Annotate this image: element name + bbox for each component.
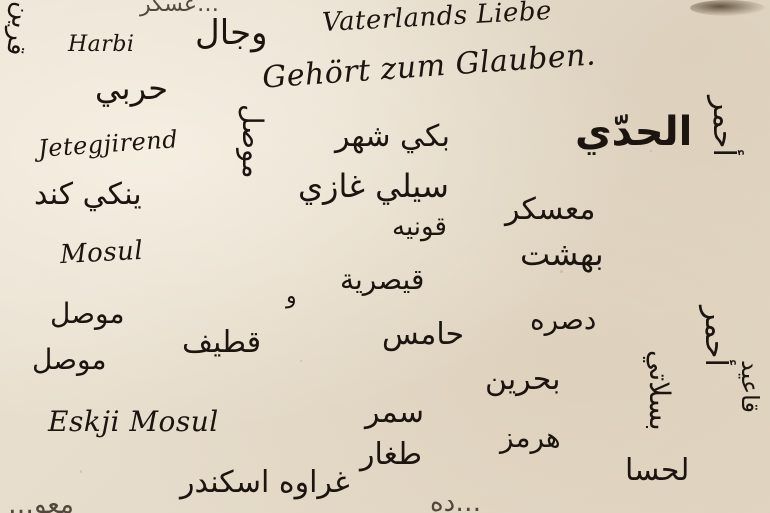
- german-vaterlands-liebe: Vaterlands Liebe: [321, 0, 552, 36]
- arabic-bottom-left-fragment: معو…: [8, 492, 74, 513]
- german-harbi: Harbi: [68, 34, 134, 56]
- german-eskji-mosul: Eskji Mosul: [48, 408, 219, 436]
- arabic-samar: سمر: [365, 398, 424, 428]
- arabic-mosul-2: موصل: [32, 346, 106, 374]
- arabic-ahmar-right: أحمر: [708, 96, 738, 157]
- paper-speck: [80, 470, 82, 473]
- arabic-muskar: معسكر: [505, 195, 595, 225]
- arabic-wajal: وجال: [195, 16, 268, 50]
- manuscript-page: …عسكر Vaterlands Liebe وجال Harbi Gehört…: [0, 0, 770, 513]
- paper-speck: [300, 360, 302, 362]
- arabic-bilal-vertical: بسلاتي: [645, 350, 673, 431]
- arabic-qatif: قطيف: [182, 328, 261, 358]
- arabic-mosul-1: موصل: [50, 300, 124, 328]
- arabic-qarawa-iskandar: غراوه اسكندر: [180, 468, 350, 498]
- arabic-sili-ghazi: سيلي غازي: [298, 170, 449, 202]
- arabic-qunya: قونيه: [392, 214, 447, 240]
- arabic-hurmuz: هرمز: [500, 424, 561, 452]
- arabic-left-margin-vertical: قرين: [2, 0, 37, 58]
- german-mosul: Mosul: [59, 238, 143, 268]
- arabic-waw: و: [286, 286, 297, 308]
- arabic-bihisht: بهشت: [520, 238, 604, 270]
- arabic-bahrain: بحرين: [485, 365, 560, 395]
- arabic-bottom-fragment: …ده: [430, 490, 481, 513]
- arabic-harbi: حربي: [95, 72, 168, 104]
- arabic-ahsa: لحسا: [625, 456, 689, 486]
- ink-blot: [690, 0, 765, 16]
- arabic-qaisariya: قيصرية: [340, 266, 424, 294]
- arabic-qabisa-vertical: قاعيد: [738, 360, 762, 413]
- arabic-bakhi-shahr: بكي شهر: [335, 122, 450, 152]
- german-jetegjirend: Jetegjirend: [37, 127, 178, 161]
- arabic-dasra: دصره: [530, 306, 596, 334]
- arabic-hamis: حامس: [382, 320, 464, 350]
- arabic-al-hadi: الحدّي: [575, 112, 692, 152]
- arabic-ahmar-right-2: أحمر: [700, 306, 730, 367]
- arabic-taghar: طغار: [360, 440, 422, 470]
- arabic-mosul-vertical: موصل: [238, 104, 266, 178]
- arabic-yangi-kend: ينكي كند: [34, 180, 142, 210]
- german-gehort-zum-glauben: Gehört zum Glauben.: [261, 40, 597, 93]
